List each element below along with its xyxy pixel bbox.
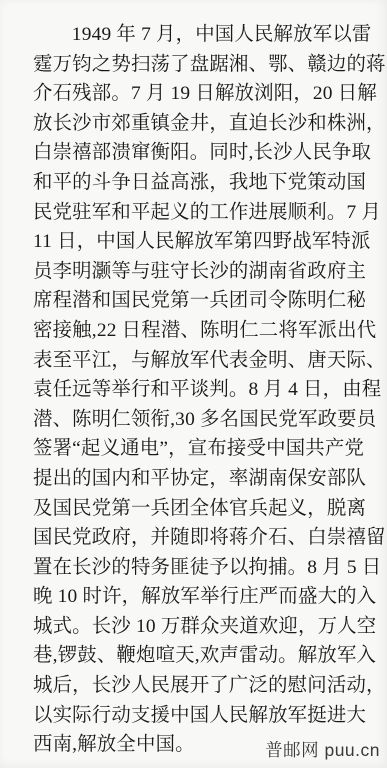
text-line: 表至平江，与解放军代表金明、唐天际、 [33,346,363,376]
text-line: 白崇禧部溃窜衡阳。同时,长沙人民争取 [33,138,363,168]
text-line: 城后，长沙人民展开了广泛的慰问活动， [33,671,363,701]
paragraph: 1949 年 7 月，中国人民解放军以雷 霆万钧之势扫荡了盘踞湘、鄂、赣边的蒋 … [33,20,363,760]
text-line: 员李明灏等与驻守长沙的湖南省政府主 [33,257,363,287]
scanned-document-page: 1949 年 7 月，中国人民解放军以雷 霆万钧之势扫荡了盘踞湘、鄂、赣边的蒋 … [0,0,387,768]
text-line: 及国民党第一兵团全体官兵起义，脱离 [33,494,363,524]
text-line: 介石残部。7 月 19 日解放浏阳，20 日解 [33,79,363,109]
text-line: 置在长沙的特务匪徒予以拘捕。8 月 5 日 [33,553,363,583]
text-line: 袁任远等举行和平谈判。8 月 4 日，由程 [33,375,363,405]
text-line: 霆万钧之势扫荡了盘踞湘、鄂、赣边的蒋 [33,50,363,80]
text-line: 城式。长沙 10 万群众夹道欢迎，万人空 [33,612,363,642]
text-line: 放长沙市郊重镇金井，直迫长沙和株洲， [33,109,363,139]
watermark: 普邮网 puu.cn [265,737,380,762]
text-line: 11 日，中国人民解放军第四野战军特派 [33,227,363,257]
text-line: 席程潜和国民党第一兵团司令陈明仁秘 [33,286,363,316]
text-line: 国民党政府，并随即将蒋介石、白崇禧留 [33,523,363,553]
text-line: 提出的国内和平协定，率湖南保安部队 [33,464,363,494]
text-line: 潜、陈明仁领衔,30 多名国民党军政要员 [33,405,363,435]
text-line: 巷,锣鼓、鞭炮喧天,欢声雷动。解放军入 [33,641,363,671]
text-line: 1949 年 7 月，中国人民解放军以雷 [33,20,363,50]
text-line: 民党驻军和平起义的工作进展顺利。7 月 [33,198,363,228]
text-line: 以实际行动支援中国人民解放军挺进大 [33,701,363,731]
text-line: 和平的斗争日益高涨，我地下党策动国 [33,168,363,198]
text-line: 签署“起义通电”，宣布接受中国共产党 [33,434,363,464]
text-line: 晚 10 时许，解放军举行庄严而盛大的入 [33,582,363,612]
text-line: 密接触,22 日程潜、陈明仁二将军派出代 [33,316,363,346]
